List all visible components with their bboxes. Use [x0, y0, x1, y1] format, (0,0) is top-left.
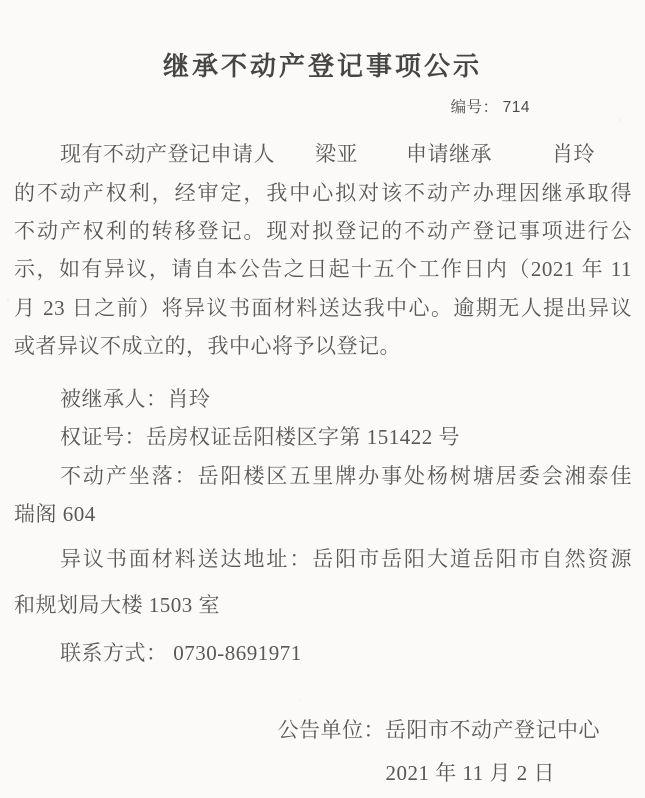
field-contact-phone: 联系方式： 0730-8691971 — [14, 640, 632, 667]
notice-document-page: 继承不动产登记事项公示 编号：714 现有不动产登记申请人梁亚申请继承肖玲 的不… — [0, 0, 645, 798]
footer-date: 2021 年 11 月 2 日 — [386, 757, 555, 787]
doc-number: 编号：714 — [451, 95, 530, 117]
field-decedent: 被继承人：肖玲 — [14, 386, 632, 413]
body-line: 月 23 日之前）将异议书面材料送达我中心。逾期无人提出异议 — [14, 295, 632, 322]
decedent-name: 肖玲 — [552, 142, 595, 166]
applicant-lead-text: 现有不动产登记申请人 — [60, 142, 275, 166]
applicant-name: 梁亚 — [315, 142, 358, 166]
body-line: 示，如有异议，请自本公告之日起十五个工作日内（2021 年 11 — [14, 256, 632, 283]
field-property-location-line2: 瑞阁 604 — [14, 501, 632, 528]
body-line-applicant: 现有不动产登记申请人梁亚申请继承肖玲 — [14, 141, 632, 168]
footer-issuer: 公告单位：岳阳市不动产登记中心 — [278, 714, 601, 744]
field-objection-address-line1: 异议书面材料送达地址：岳阳市岳阳大道岳阳市自然资源 — [14, 546, 632, 573]
field-objection-address-line2: 和规划局大楼 1503 室 — [14, 592, 632, 619]
body-line: 不动产权利的转移登记。现对拟登记的不动产登记事项进行公 — [14, 218, 632, 245]
page-title: 继承不动产登记事项公示 — [0, 46, 645, 83]
doc-number-value: 714 — [503, 99, 530, 116]
doc-number-label: 编号： — [451, 99, 499, 116]
field-certificate-no: 权证号：岳房权证岳阳楼区字第 151422 号 — [14, 424, 632, 451]
field-property-location-line1: 不动产坐落：岳阳楼区五里牌办事处杨树塘居委会湘泰佳 — [14, 463, 632, 490]
body-line: 的不动产权利，经审定，我中心拟对该不动产办理因继承取得 — [14, 180, 632, 207]
inherit-verb-text: 申请继承 — [406, 142, 492, 166]
body-line: 或者异议不成立的，我中心将予以登记。 — [14, 333, 632, 360]
